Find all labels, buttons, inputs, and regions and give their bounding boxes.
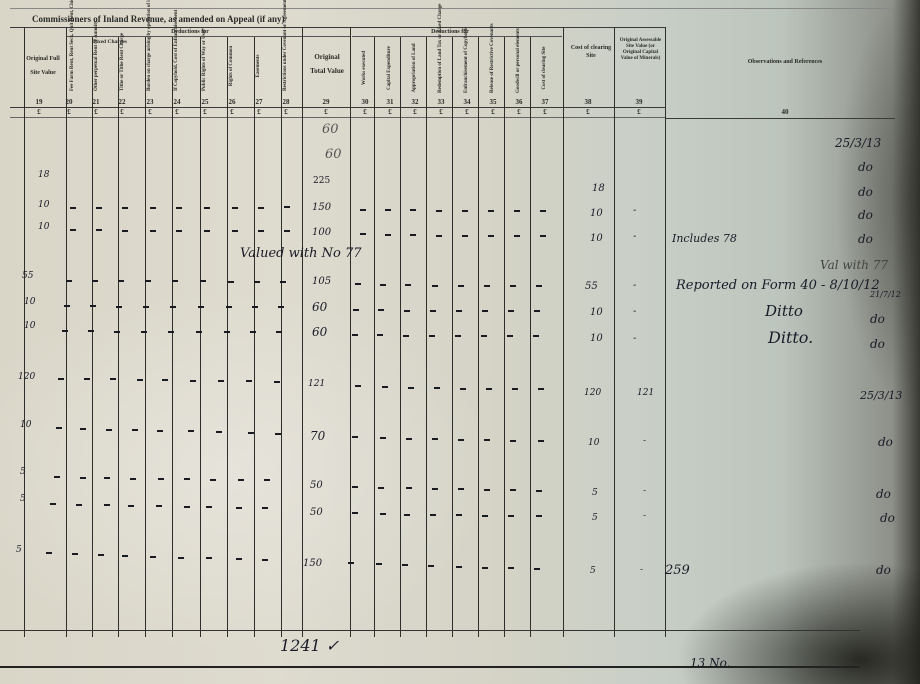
row-3-total: 225 [313, 176, 330, 186]
header-top-rule [10, 27, 665, 28]
row-8-obs: Ditto [765, 302, 803, 320]
row-12-site: 5 [20, 467, 26, 477]
col-20-header: Fee Farm Rent, Rent Seck, Quit Rent, Chi… [70, 41, 76, 91]
row-10-ref: 25/3/13 [860, 389, 902, 402]
row-6-note: Valued with No 77 [240, 246, 362, 261]
col-no-31: 31 [380, 98, 400, 106]
col-no-27: 27 [249, 98, 269, 106]
row-12-ref: do [876, 487, 891, 501]
col-22-header: Tithe or Tithe Rent Charge [120, 41, 126, 91]
row-4-assessable: 10 [590, 208, 603, 219]
row-9-assessable: 10 [590, 333, 603, 344]
col-line [92, 37, 93, 637]
row-11-site: 10 [20, 420, 31, 430]
col-line [426, 37, 427, 637]
row-3-assessable: 18 [592, 183, 605, 194]
row-11-total: 70 [310, 429, 325, 443]
col-no-35: 35 [483, 98, 503, 106]
pound-32: £ [405, 108, 425, 116]
col-line [530, 37, 531, 637]
pound-24: £ [167, 108, 187, 116]
col-25-header: Public Rights of Way or User [202, 41, 208, 91]
row-13-agri: - [643, 511, 646, 521]
pound-22: £ [112, 108, 132, 116]
col-no-40: 40 [775, 108, 795, 116]
total-rule-bottom [0, 666, 860, 668]
pound-30: £ [355, 108, 375, 116]
row-8-total: 60 [312, 300, 327, 314]
col-line [254, 37, 255, 637]
col-no-21: 21 [86, 98, 106, 106]
row-5-site: 10 [38, 222, 49, 232]
pound-20: £ [59, 108, 79, 116]
col-no-30: 30 [355, 98, 375, 106]
row-6-ref: Val with 77 [820, 258, 888, 272]
col-line [504, 37, 505, 637]
row-9-site: 10 [24, 321, 35, 331]
pound-37: £ [535, 108, 555, 116]
row-7-agri: - [633, 280, 636, 291]
col-line [281, 37, 282, 637]
col-line [478, 37, 479, 637]
col-40-header: Observations and References [745, 55, 825, 70]
col-24-header: If Copyhold, Cost of Enfranchisement [174, 41, 180, 91]
row-9-total: 60 [312, 325, 327, 339]
col-33-header: Redemption of Land Tax or Fixed Charge [438, 43, 444, 93]
row-13-site: 5 [20, 494, 26, 504]
grand-total: 1241 ✓ [280, 636, 339, 655]
col-no-20: 20 [59, 98, 79, 106]
col-no-24: 24 [167, 98, 187, 106]
col-no-23: 23 [140, 98, 160, 106]
col-no-29: 29 [316, 98, 336, 106]
obs-header-rule [665, 118, 895, 119]
col-line [302, 27, 303, 637]
pound-27: £ [249, 108, 269, 116]
row-8-site: 10 [24, 297, 35, 307]
col-line [227, 37, 228, 637]
col-line [452, 37, 453, 637]
footer-note: 13 No. [690, 656, 730, 670]
col-line [66, 27, 67, 637]
row-8-agri: - [633, 306, 636, 317]
row-13-assessable: 5 [592, 513, 598, 523]
col-21-header: Other perpetual Rent or Annuity [94, 41, 100, 91]
pound-33: £ [431, 108, 451, 116]
row-3-ref: do [858, 185, 873, 199]
col-no-32: 32 [405, 98, 425, 106]
total-rule-top [0, 630, 860, 631]
row-4-site: 10 [38, 200, 49, 210]
row-4-agri: - [633, 205, 636, 216]
pound-28: £ [276, 108, 296, 116]
col-line [145, 37, 146, 637]
row-13-ref: do [880, 511, 895, 525]
row-14-agri: - [640, 565, 643, 575]
col-32-header: Appropriation of Land [412, 43, 418, 93]
row-14-assessable: 5 [590, 566, 596, 576]
pound-39: £ [629, 108, 649, 116]
row-5-ref: do [858, 232, 873, 246]
col-no-19: 19 [29, 98, 49, 106]
row-8-ref: do [870, 312, 885, 326]
row-11-ref: do [878, 435, 893, 449]
pound-31: £ [380, 108, 400, 116]
col-28-header: Restrictions under Covenant or Agreement [283, 41, 289, 91]
col-no-39: 39 [629, 98, 649, 106]
pound-25: £ [195, 108, 215, 116]
page-edge-line [10, 8, 890, 9]
pound-21: £ [86, 108, 106, 116]
pound-36: £ [509, 108, 529, 116]
header-bottom-rule [10, 107, 665, 108]
row-7-ref: 21/7/12 [870, 290, 901, 299]
fixed-charges-header: Fixed Charges [80, 37, 140, 47]
row-2-total: 60 [325, 147, 342, 162]
col-34-header: Enfranchisement of Copyholds [464, 43, 470, 93]
pound-26: £ [222, 108, 242, 116]
row-14-total: 150 [303, 558, 322, 569]
row-2-ref: do [858, 160, 873, 174]
col-no-36: 36 [509, 98, 529, 106]
col-no-25: 25 [195, 98, 215, 106]
col-26-header: Rights of Common [229, 41, 235, 91]
col-no-37: 37 [535, 98, 555, 106]
row-12-agri: - [643, 486, 646, 496]
row-4-total: 150 [312, 202, 331, 213]
col-line [118, 37, 119, 637]
row-11-agri: - [643, 436, 646, 446]
col-no-26: 26 [222, 98, 242, 106]
row-10-site: 120 [18, 372, 35, 382]
col-36-header: Goodwill or personal elements [516, 43, 522, 93]
col-31-header: Capital Expenditure [387, 43, 393, 93]
col-line [24, 27, 25, 637]
col-29-header: Original Total Value [306, 50, 348, 78]
col-no-28: 28 [276, 98, 296, 106]
col-no-22: 22 [112, 98, 132, 106]
row-14-obs: 259 [665, 563, 690, 578]
row-9-obs: Ditto. [768, 328, 813, 347]
col-39-header: Original Assessable Site Value (or Origi… [618, 38, 663, 62]
col-27-header: Easements [256, 41, 262, 91]
row-10-agri: 121 [637, 388, 654, 398]
col-line [172, 37, 173, 637]
row-10-assessable: 120 [584, 388, 601, 398]
deductions-for-right-header: Deductions for [410, 27, 490, 37]
col-35-header: Release of Restrictive Covenants [490, 43, 496, 93]
pound-29: £ [316, 108, 336, 116]
col-line [563, 27, 564, 637]
row-9-ref: do [870, 337, 885, 351]
pound-34: £ [457, 108, 477, 116]
row-12-assessable: 5 [592, 488, 598, 498]
pound-23: £ [140, 108, 160, 116]
row-7-obs: Reported on Form 40 - 8/10/12 [676, 278, 880, 293]
row-5-assessable: 10 [590, 233, 603, 244]
row-9-agri: - [633, 333, 636, 344]
col-line [200, 37, 201, 637]
row-7-assessable: 55 [585, 281, 598, 292]
pound-row-rule [10, 117, 665, 118]
deductions-for-left-header: Deductions for [150, 27, 230, 37]
col-30-header: Works executed [362, 43, 368, 93]
row-4-ref: do [858, 208, 873, 222]
row-11-assessable: 10 [588, 438, 599, 448]
col-line [350, 27, 351, 637]
row-13-total: 50 [310, 507, 323, 518]
col-line [374, 37, 375, 637]
col-no-33: 33 [431, 98, 451, 106]
row-12-total: 50 [310, 480, 323, 491]
col-38-header: Cost of clearing Site [566, 44, 616, 60]
row-10-total: 121 [308, 379, 325, 389]
pound-35: £ [483, 108, 503, 116]
row-8-assessable: 10 [590, 307, 603, 318]
row-1-total: 60 [322, 122, 339, 137]
col-no-38: 38 [578, 98, 598, 106]
col-no-34: 34 [457, 98, 477, 106]
col-line [614, 27, 615, 637]
row-5-total: 100 [312, 227, 331, 238]
pound-38: £ [578, 108, 598, 116]
row-7-site: 55 [22, 271, 33, 281]
row-1-ref: 25/3/13 [835, 136, 881, 150]
row-14-ref: do [876, 563, 891, 577]
col-23-header: Burden on charge arising by operation of… [147, 41, 153, 91]
col-line [400, 37, 401, 637]
col-line [665, 27, 666, 637]
row-5-agri: - [633, 231, 636, 242]
col-37-header: Cost of clearing Site [542, 43, 548, 93]
row-3-site: 18 [38, 170, 49, 180]
col-19-header: Original Full Site Value [24, 52, 62, 80]
row-14-site: 5 [16, 545, 22, 555]
pound-19: £ [29, 108, 49, 116]
row-5-obs: Includes 78 [672, 232, 737, 245]
row-7-total: 105 [312, 276, 331, 287]
